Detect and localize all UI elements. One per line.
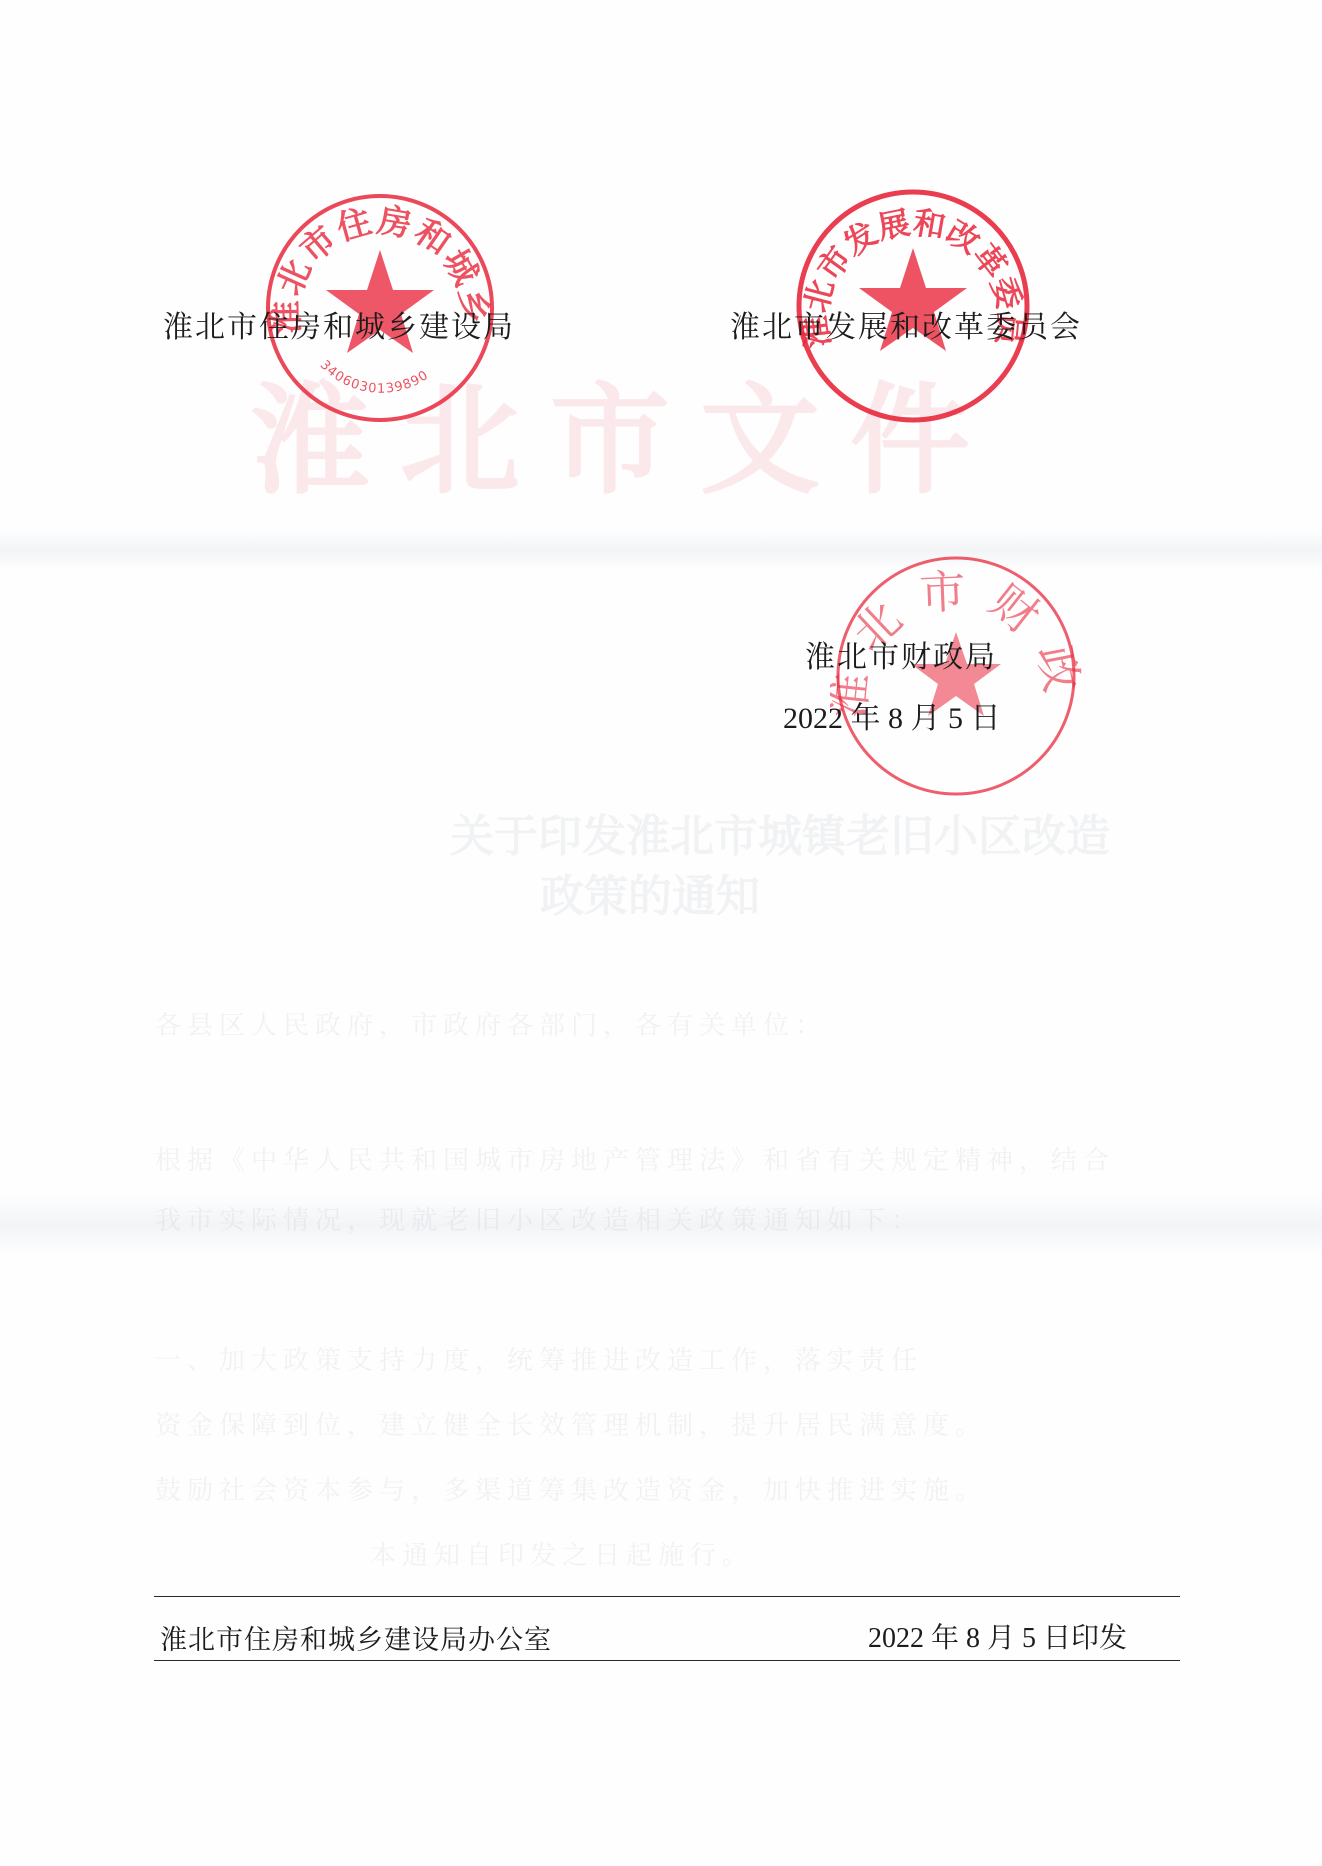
signature-date: 2022 年 8 月 5 日 xyxy=(783,693,1001,737)
finance-bureau-signature: 淮北市财政局 xyxy=(805,632,997,676)
bleed-through-band xyxy=(0,1195,1322,1255)
svg-text:3406030139890: 3406030139890 xyxy=(317,358,432,397)
bleed-through-line: 根据《中华人民共和国城市房地产管理法》和省有关规定精神，结合 xyxy=(155,1140,1115,1177)
bleed-through-band xyxy=(0,530,1322,570)
bleed-through-line: 本通知自印发之日起施行。 xyxy=(370,1535,754,1572)
bleed-through-line: 资金保障到位，建立健全长效管理机制，提升居民满意度。 xyxy=(155,1405,987,1442)
bleed-through-line: 各县区人民政府，市政府各部门，各有关单位： xyxy=(155,1005,827,1042)
bleed-through-heading: 关于印发淮北市城镇老旧小区改造 xyxy=(450,800,1110,864)
footer-issue-date: 2022 年 8 月 5 日印发 xyxy=(868,1616,1127,1656)
document-page: 淮北市文件 关于印发淮北市城镇老旧小区改造 政策的通知 各县区人民政府，市政府各… xyxy=(0,0,1322,1866)
development-commission-signature: 淮北市发展和改革委员会 xyxy=(730,302,1082,346)
bleed-through-line: 鼓励社会资本参与，多渠道筹集改造资金，加快推进实施。 xyxy=(155,1470,987,1507)
footer-top-rule xyxy=(154,1596,1180,1597)
bleed-through-line: 一、加大政策支持力度，统筹推进改造工作，落实责任 xyxy=(155,1340,923,1377)
footer-issuer: 淮北市住房和城乡建设局办公室 xyxy=(160,1618,552,1657)
housing-bureau-signature: 淮北市住房和城乡建设局 xyxy=(163,302,515,346)
footer-bottom-rule xyxy=(154,1660,1180,1661)
finance-bureau-seal: 淮北市财政局 xyxy=(830,550,1082,802)
bleed-through-heading: 政策的通知 xyxy=(540,860,760,924)
